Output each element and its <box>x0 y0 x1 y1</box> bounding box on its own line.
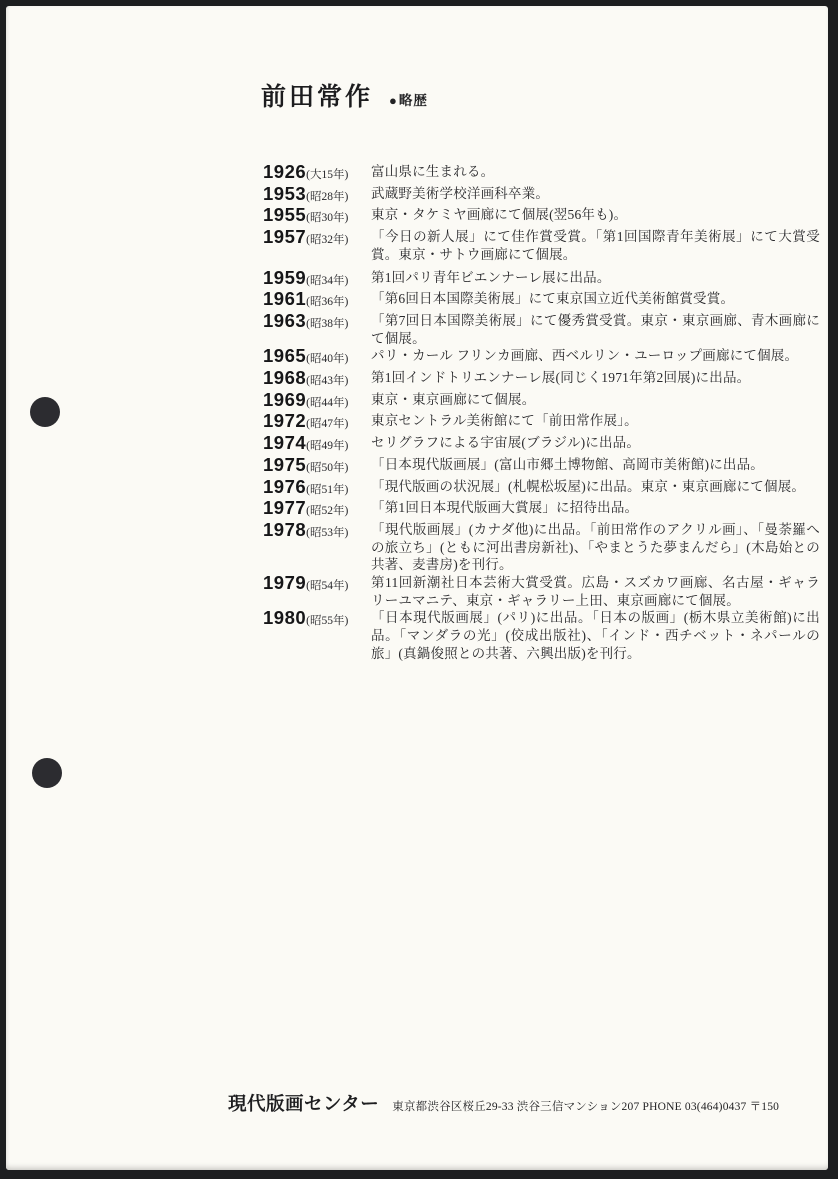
entry-year-cell: 1977(昭52年) <box>263 499 371 521</box>
entry-era: (昭47年) <box>306 418 348 430</box>
page-title: 前田常作 <box>261 77 373 113</box>
entry-year: 1959 <box>263 267 306 288</box>
entry-year: 1975 <box>263 454 306 475</box>
entry-text: 「今日の新人展」にて佳作賞受賞。「第1回国際青年美術展」にて大賞受賞。東京・サト… <box>371 228 820 263</box>
entry-year-cell: 1975(昭50年) <box>263 456 371 478</box>
scanned-document: { "colors": { "paper": "#fbfaf5", "scan_… <box>0 0 838 1179</box>
entry-text: 武蔵野美術学校洋画科卒業。 <box>371 185 820 203</box>
punch-hole-top <box>30 397 60 427</box>
timeline-entry: 1969(昭44年) 東京・東京画廊にて個展。 <box>263 391 820 413</box>
entry-era: (昭50年) <box>306 462 348 474</box>
entry-year: 1976 <box>263 476 306 497</box>
entry-text: 第1回パリ青年ビエンナーレ展に出品。 <box>371 269 820 287</box>
entry-year-cell: 1968(昭43年) <box>263 369 371 391</box>
timeline-entry: 1953(昭28年) 武蔵野美術学校洋画科卒業。 <box>263 185 820 207</box>
timeline-entry: 1957(昭32年) 「今日の新人展」にて佳作賞受賞。「第1回国際青年美術展」に… <box>263 228 820 263</box>
timeline-entry: 1968(昭43年) 第1回インドトリエンナーレ展(同じく1971年第2回展)に… <box>263 369 820 391</box>
timeline-entry: 1963(昭38年) 「第7回日本国際美術展」にて優秀賞受賞。東京・東京画廊、青… <box>263 312 820 347</box>
entry-era: (昭49年) <box>306 440 348 452</box>
entry-year-cell: 1926(大15年) <box>263 163 371 185</box>
timeline-entry: 1975(昭50年) 「日本現代版画展」(富山市郷土博物館、高岡市美術館)に出品… <box>263 456 820 478</box>
entry-year: 1974 <box>263 432 306 453</box>
timeline-entry: 1972(昭47年) 東京セントラル美術館にて「前田常作展」。 <box>263 412 820 434</box>
entry-text: 「現代版画展」(カナダ他)に出品。「前田常作のアクリル画」、「曼荼羅への旅立ち」… <box>371 521 820 574</box>
timeline-entry: 1961(昭36年) 「第6回日本国際美術展」にて東京国立近代美術館賞受賞。 <box>263 290 820 312</box>
timeline-entry: 1974(昭49年) セリグラフによる宇宙展(ブラジル)に出品。 <box>263 434 820 456</box>
entry-era: (昭44年) <box>306 397 348 409</box>
bullet-icon: ● <box>389 93 398 108</box>
timeline-entry: 1976(昭51年) 「現代版画の状況展」(札幌松坂屋)に出品。東京・東京画廊に… <box>263 478 820 500</box>
timeline-entry: 1926(大15年) 富山県に生まれる。 <box>263 163 820 185</box>
entry-text: 「第6回日本国際美術展」にて東京国立近代美術館賞受賞。 <box>371 290 820 308</box>
entry-text: 「現代版画の状況展」(札幌松坂屋)に出品。東京・東京画廊にて個展。 <box>371 478 820 496</box>
entry-era: (昭34年) <box>306 275 348 287</box>
punch-hole-bottom <box>32 758 62 788</box>
entry-year-cell: 1976(昭51年) <box>263 478 371 500</box>
entry-era: (昭36年) <box>306 296 348 308</box>
entry-year-cell: 1959(昭34年) <box>263 269 371 291</box>
entry-era: (昭30年) <box>306 212 348 224</box>
paper-sheet: 前田常作 ●略歴 1926(大15年) 富山県に生まれる。 1953(昭28年)… <box>6 6 828 1170</box>
entry-era: (昭32年) <box>306 234 348 246</box>
timeline-entry: 1977(昭52年) 「第1回日本現代版画大賞展」に招待出品。 <box>263 499 820 521</box>
subtitle-label: 略歴 <box>399 93 428 108</box>
entry-year: 1979 <box>263 572 306 593</box>
entry-year-cell: 1963(昭38年) <box>263 312 371 334</box>
entry-year: 1978 <box>263 519 306 540</box>
entry-era: (昭53年) <box>306 527 348 539</box>
timeline-entry: 1978(昭53年) 「現代版画展」(カナダ他)に出品。「前田常作のアクリル画」… <box>263 521 820 574</box>
entry-year-cell: 1955(昭30年) <box>263 206 371 228</box>
entry-year-cell: 1957(昭32年) <box>263 228 371 250</box>
timeline-entry: 1959(昭34年) 第1回パリ青年ビエンナーレ展に出品。 <box>263 269 820 291</box>
entry-text: 東京・東京画廊にて個展。 <box>371 391 820 409</box>
entry-year: 1955 <box>263 204 306 225</box>
entry-text: 第11回新潮社日本芸術大賞受賞。広島・スズカワ画廊、名古屋・ギャラリーユマニテ、… <box>371 574 820 609</box>
entry-era: (昭38年) <box>306 318 348 330</box>
entry-text: 「日本現代版画展」(パリ)に出品。「日本の版画」(栃木県立美術館)に出品。「マン… <box>371 609 820 662</box>
entry-year-cell: 1965(昭40年) <box>263 347 371 369</box>
entry-text: 「日本現代版画展」(富山市郷土博物館、高岡市美術館)に出品。 <box>371 456 820 474</box>
entry-year: 1977 <box>263 497 306 518</box>
entry-year-cell: 1979(昭54年) <box>263 574 371 596</box>
entry-year: 1953 <box>263 183 306 204</box>
timeline-entry: 1965(昭40年) パリ・カール フリンカ画廊、西ベルリン・ユーロップ画廊にて… <box>263 347 820 369</box>
entry-era: (大15年) <box>306 169 348 181</box>
entry-era: (昭51年) <box>306 484 348 496</box>
entry-year-cell: 1953(昭28年) <box>263 185 371 207</box>
timeline: 1926(大15年) 富山県に生まれる。 1953(昭28年) 武蔵野美術学校洋… <box>263 163 820 663</box>
entry-era: (昭43年) <box>306 375 348 387</box>
publisher-logo: 現代版画センター <box>228 1090 379 1116</box>
entry-year: 1926 <box>263 161 306 182</box>
entry-year-cell: 1974(昭49年) <box>263 434 371 456</box>
entry-year-cell: 1972(昭47年) <box>263 412 371 434</box>
timeline-entry: 1980(昭55年) 「日本現代版画展」(パリ)に出品。「日本の版画」(栃木県立… <box>263 609 820 662</box>
entry-year: 1961 <box>263 288 306 309</box>
entry-year: 1968 <box>263 367 306 388</box>
timeline-entry: 1979(昭54年) 第11回新潮社日本芸術大賞受賞。広島・スズカワ画廊、名古屋… <box>263 574 820 609</box>
entry-year-cell: 1969(昭44年) <box>263 391 371 413</box>
entry-text: セリグラフによる宇宙展(ブラジル)に出品。 <box>371 434 820 452</box>
entry-year: 1963 <box>263 310 306 331</box>
entry-year-cell: 1980(昭55年) <box>263 609 371 631</box>
entry-era: (昭28年) <box>306 191 348 203</box>
entry-year: 1957 <box>263 226 306 247</box>
entry-year: 1969 <box>263 389 306 410</box>
entry-year-cell: 1978(昭53年) <box>263 521 371 543</box>
entry-text: 東京・タケミヤ画廊にて個展(翌56年も)。 <box>371 206 820 224</box>
document-header: 前田常作 ●略歴 <box>261 77 428 113</box>
entry-text: 第1回インドトリエンナーレ展(同じく1971年第2回展)に出品。 <box>371 369 820 387</box>
entry-year: 1965 <box>263 345 306 366</box>
entry-era: (昭40年) <box>306 353 348 365</box>
entry-text: 東京セントラル美術館にて「前田常作展」。 <box>371 412 820 430</box>
entry-text: パリ・カール フリンカ画廊、西ベルリン・ユーロップ画廊にて個展。 <box>371 347 820 365</box>
entry-year-cell: 1961(昭36年) <box>263 290 371 312</box>
timeline-entry: 1955(昭30年) 東京・タケミヤ画廊にて個展(翌56年も)。 <box>263 206 820 228</box>
footer: 現代版画センター 東京都渋谷区桜丘29-33 渋谷三信マンション207 PHON… <box>228 1090 779 1116</box>
entry-text: 富山県に生まれる。 <box>371 163 820 181</box>
entry-year: 1972 <box>263 410 306 431</box>
entry-text: 「第1回日本現代版画大賞展」に招待出品。 <box>371 499 820 517</box>
entry-era: (昭52年) <box>306 505 348 517</box>
entry-text: 「第7回日本国際美術展」にて優秀賞受賞。東京・東京画廊、青木画廊にて個展。 <box>371 312 820 347</box>
subtitle: ●略歴 <box>389 89 428 109</box>
entry-era: (昭54年) <box>306 580 348 592</box>
entry-era: (昭55年) <box>306 615 348 627</box>
publisher-address: 東京都渋谷区桜丘29-33 渋谷三信マンション207 PHONE 03(464)… <box>392 1098 779 1114</box>
entry-year: 1980 <box>263 607 306 628</box>
